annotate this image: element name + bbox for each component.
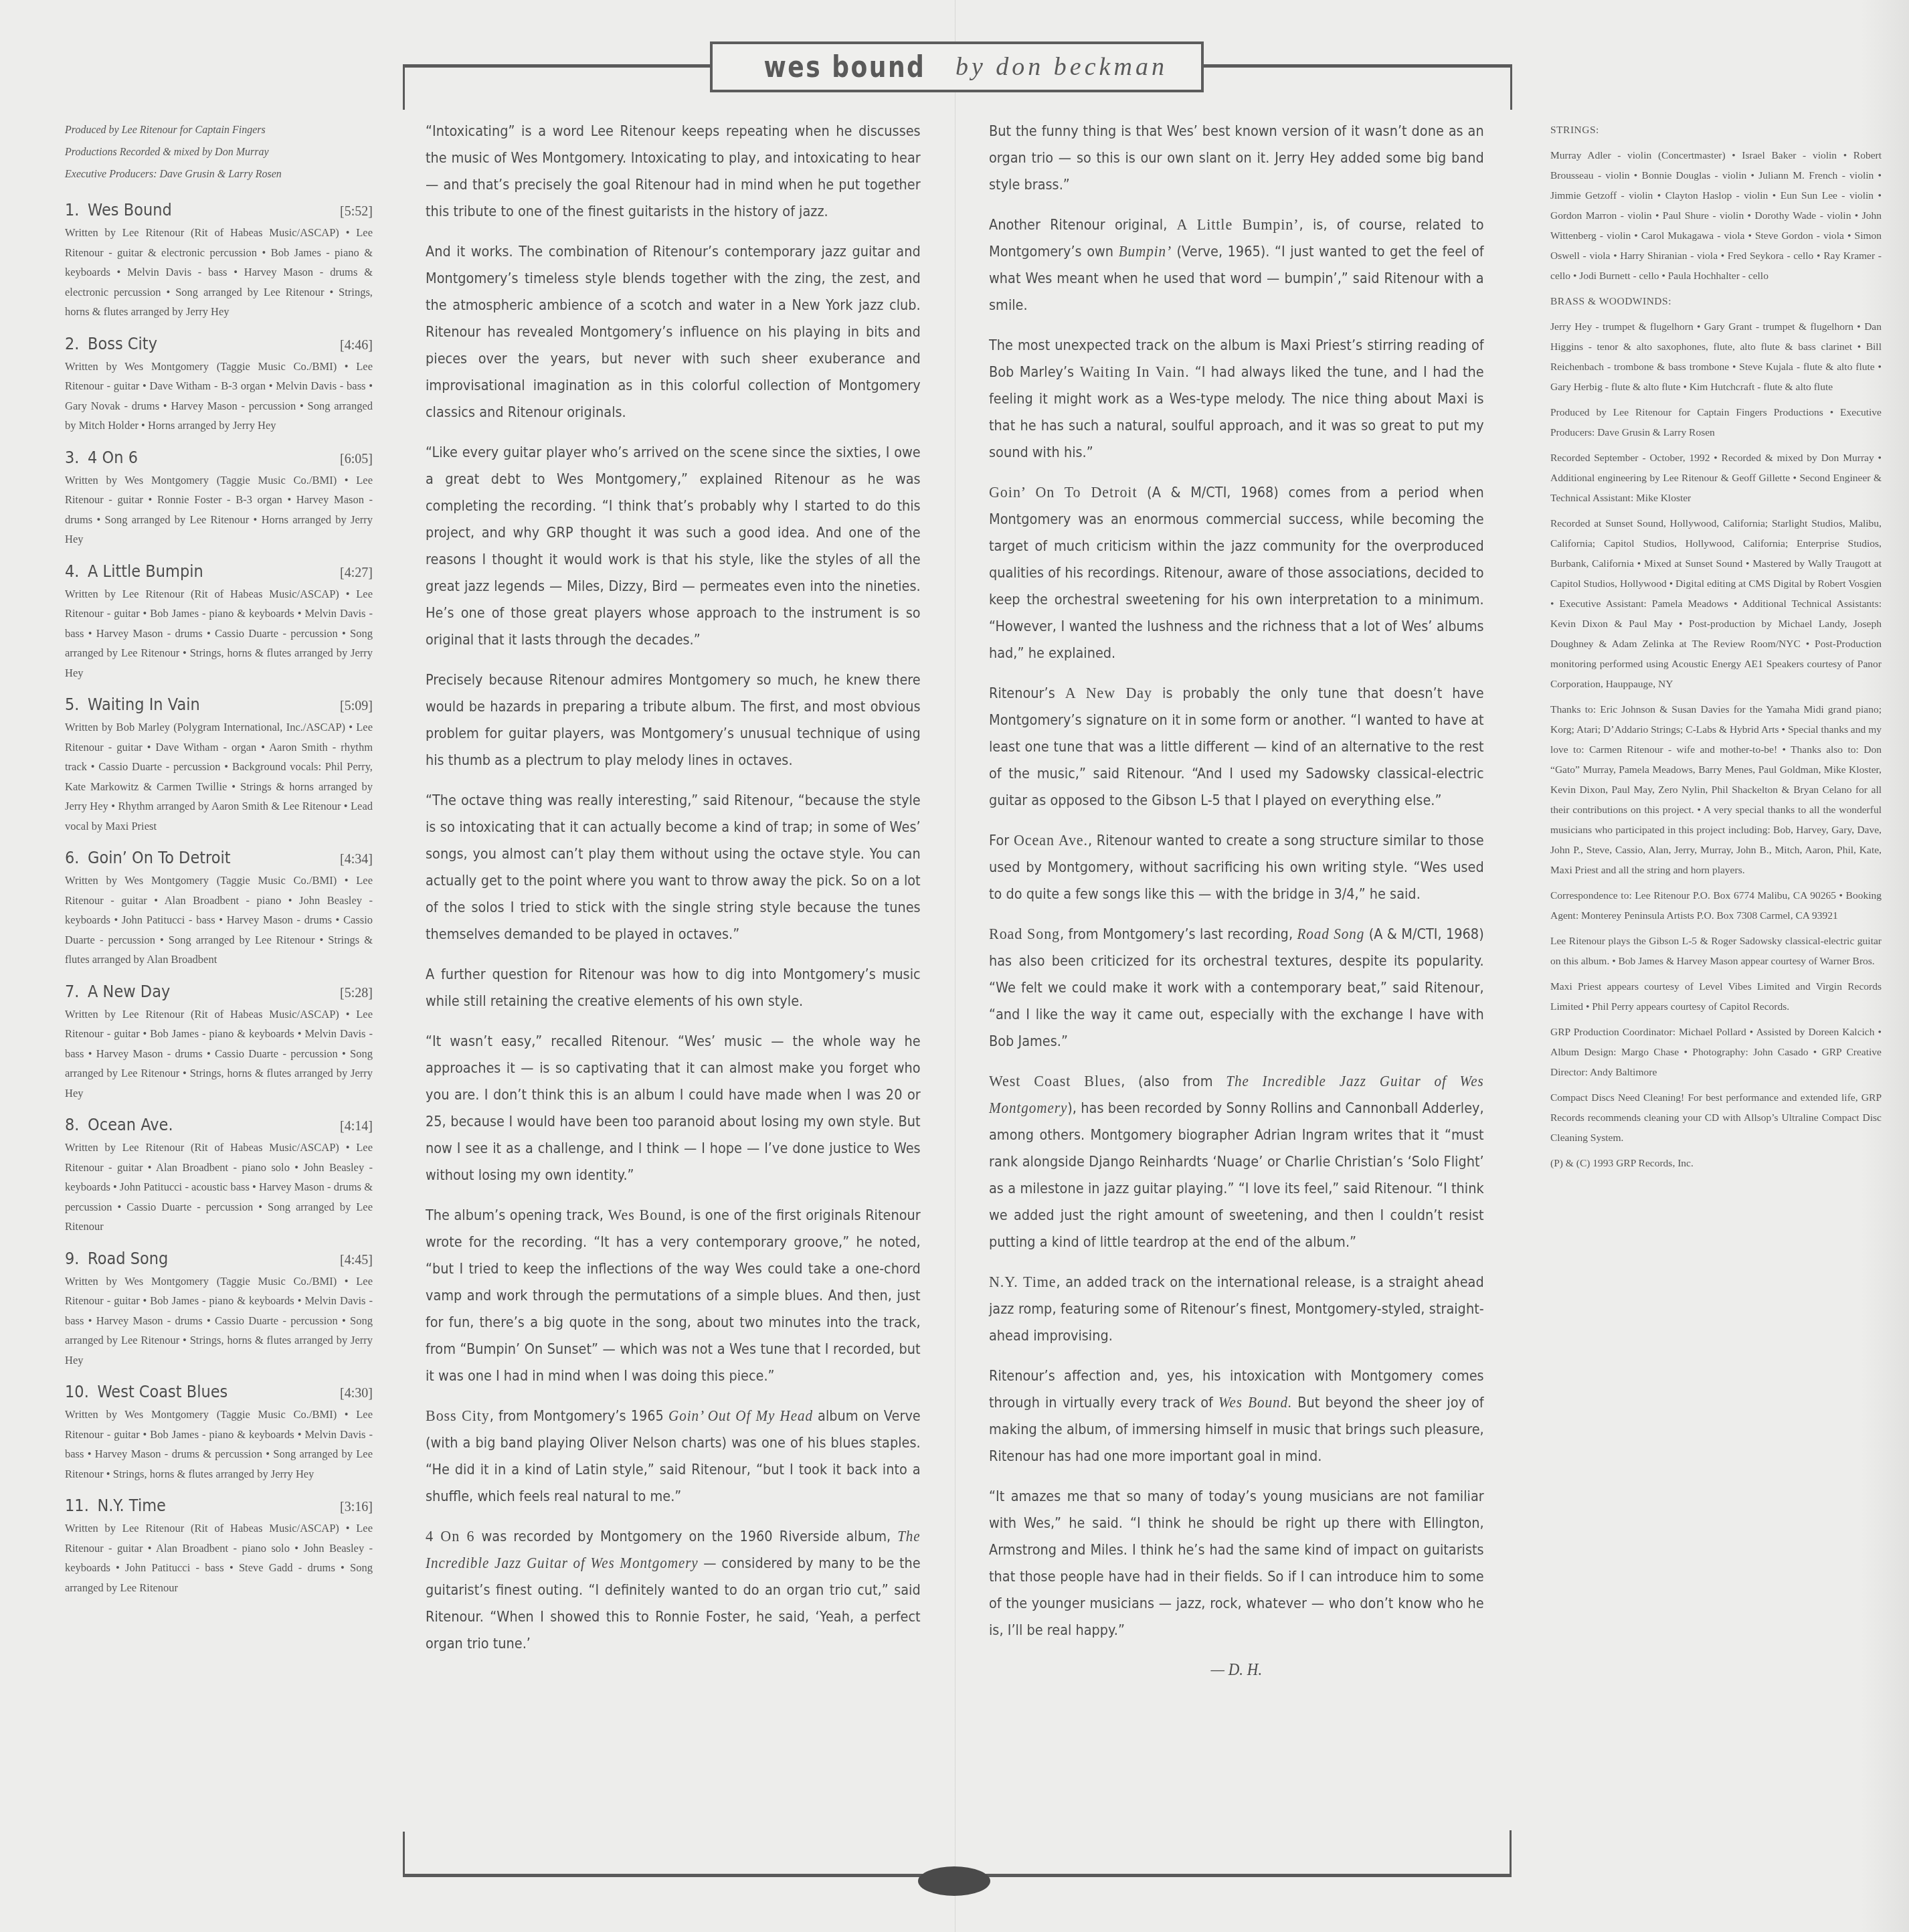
credits-paragraph: (P) & (C) 1993 GRP Records, Inc.	[1550, 1154, 1882, 1174]
track-number: 8.	[65, 1115, 79, 1134]
article-paragraph: West Coast Blues, (also from The Incredi…	[989, 1068, 1484, 1255]
track-title: 7.A New Day	[65, 982, 170, 1001]
credits-paragraph: Recorded at Sunset Sound, Hollywood, Cal…	[1550, 514, 1882, 695]
track-header: 2.Boss City[4:46]	[65, 334, 373, 357]
paragraph-text: , from Montgomery’s 1965	[490, 1408, 668, 1424]
song-title: N.Y. Time	[989, 1274, 1057, 1291]
paragraph-text: is probably the only tune that doesn’t h…	[989, 685, 1484, 808]
track-title: 8.Ocean Ave.	[65, 1115, 173, 1134]
track-item: 1.Wes Bound[5:52]Written by Lee Ritenour…	[65, 200, 373, 322]
paragraph-text: , an added track on the international re…	[989, 1274, 1484, 1344]
track-header: 1.Wes Bound[5:52]	[65, 200, 373, 223]
frame-top-right-leg	[1510, 64, 1512, 110]
track-item: 8.Ocean Ave.[4:14]Written by Lee Ritenou…	[65, 1115, 373, 1237]
track-item: 9.Road Song[4:45]Written by Wes Montgome…	[65, 1249, 373, 1371]
article-title: wes bound	[764, 50, 926, 84]
song-title: Boss City	[426, 1407, 490, 1425]
track-title-text: A Little Bumpin	[88, 561, 203, 581]
song-title: A New Day	[1065, 685, 1152, 702]
track-number: 9.	[65, 1249, 79, 1268]
song-title: Waiting In Vain	[1080, 363, 1185, 381]
track-credits: Written by Wes Montgomery (Taggie Music …	[65, 470, 373, 549]
producer-note-line: Produced by Lee Ritenour for Captain Fin…	[65, 119, 373, 141]
track-duration: [4:14]	[340, 1119, 373, 1134]
track-title: 3.4 On 6	[65, 448, 138, 467]
track-title-text: Goin’ On To Detroit	[88, 848, 231, 867]
paragraph-text: Precisely because Ritenour admires Montg…	[426, 672, 921, 768]
track-credits: Written by Wes Montgomery (Taggie Music …	[65, 1271, 373, 1371]
article-paragraph: Road Song, from Montgomery’s last record…	[989, 921, 1484, 1055]
track-duration: [5:09]	[340, 699, 373, 714]
track-header: 8.Ocean Ave.[4:14]	[65, 1115, 373, 1138]
track-item: 7.A New Day[5:28]Written by Lee Ritenour…	[65, 982, 373, 1104]
frame-top-left-leg	[403, 64, 405, 110]
article-paragraph: N.Y. Time, an added track on the interna…	[989, 1269, 1484, 1349]
frame-bottom-left-leg	[403, 1832, 405, 1876]
paragraph-text: (A & M/CTI, 1968) has also been criticiz…	[989, 926, 1484, 1049]
track-duration: [4:34]	[340, 852, 373, 867]
track-number: 7.	[65, 982, 79, 1001]
track-header: 10.West Coast Blues[4:30]	[65, 1382, 373, 1405]
article-paragraph: Goin’ On To Detroit (A & M/CTI, 1968) co…	[989, 479, 1484, 667]
song-title: A Little Bumpin’	[1177, 216, 1299, 234]
article-paragraph: The most unexpected track on the album i…	[989, 332, 1484, 466]
track-header: 3.4 On 6[6:05]	[65, 448, 373, 470]
album-title: Goin’ Out Of My Head	[668, 1407, 813, 1424]
track-duration: [5:52]	[340, 204, 373, 219]
credits-paragraph: Produced by Lee Ritenour for Captain Fin…	[1550, 403, 1882, 443]
credits-paragraph: Maxi Priest appears courtesy of Level Vi…	[1550, 977, 1882, 1017]
paragraph-text: Ritenour’s	[989, 685, 1065, 701]
paragraph-text: A further question for Ritenour was how …	[426, 966, 921, 1009]
track-duration: [6:05]	[340, 452, 373, 467]
frame-top-left-line	[403, 64, 711, 68]
author-signature: — D. H.	[989, 1657, 1484, 1684]
paragraph-text: “The octave thing was really interesting…	[426, 792, 921, 942]
paragraph-text: The album’s opening track,	[426, 1207, 608, 1223]
paragraph-text: was recorded by Montgomery on the 1960 R…	[474, 1528, 897, 1545]
article-paragraph: But the funny thing is that Wes’ best kn…	[989, 118, 1484, 198]
track-item: 2.Boss City[4:46]Written by Wes Montgome…	[65, 334, 373, 436]
track-item: 4.A Little Bumpin[4:27]Written by Lee Ri…	[65, 561, 373, 683]
article-paragraph: 4 On 6 was recorded by Montgomery on the…	[426, 1523, 921, 1657]
article-column-2: But the funny thing is that Wes’ best kn…	[989, 118, 1484, 1684]
article-paragraph: Boss City, from Montgomery’s 1965 Goin’ …	[426, 1403, 921, 1510]
track-number: 11.	[65, 1496, 89, 1515]
paragraph-text: But the funny thing is that Wes’ best kn…	[989, 123, 1484, 193]
track-number: 3.	[65, 448, 79, 467]
track-credits: Written by Lee Ritenour (Rit of Habeas M…	[65, 1518, 373, 1597]
frame-top-right-line	[1202, 64, 1512, 68]
track-number: 5.	[65, 695, 79, 714]
track-number: 6.	[65, 848, 79, 867]
track-title-text: A New Day	[88, 982, 170, 1001]
article-paragraph: And it works. The combination of Ritenou…	[426, 238, 921, 426]
track-title-text: 4 On 6	[88, 448, 138, 467]
track-number: 1.	[65, 200, 79, 219]
track-number: 4.	[65, 561, 79, 581]
article-paragraph: Another Ritenour original, A Little Bump…	[989, 211, 1484, 319]
article-paragraph: Ritenour’s affection and, yes, his intox…	[989, 1363, 1484, 1470]
track-item: 5.Waiting In Vain[5:09]Written by Bob Ma…	[65, 695, 373, 836]
paragraph-text: , is one of the first originals Ritenour…	[426, 1207, 921, 1384]
brass-credits: Jerry Hey - trumpet & flugelhorn • Gary …	[1550, 317, 1882, 398]
album-title: Bumpin’	[1119, 243, 1172, 260]
paragraph-text: “Like every guitar player who’s arrived …	[426, 444, 921, 648]
paragraph-text: , (also from	[1121, 1073, 1226, 1089]
track-title: 5.Waiting In Vain	[65, 695, 200, 714]
paragraph-text: ), has been recorded by Sonny Rollins an…	[989, 1100, 1484, 1250]
song-title: Goin’ On To Detroit	[989, 484, 1137, 501]
track-duration: [5:28]	[340, 986, 373, 1001]
track-item: 6.Goin’ On To Detroit[4:34]Written by We…	[65, 848, 373, 970]
paragraph-text: “Intoxicating” is a word Lee Ritenour ke…	[426, 123, 921, 219]
article-column-1: “Intoxicating” is a word Lee Ritenour ke…	[426, 118, 921, 1670]
track-title: 2.Boss City	[65, 334, 157, 353]
track-header: 4.A Little Bumpin[4:27]	[65, 561, 373, 584]
track-title-text: Waiting In Vain	[88, 695, 200, 714]
paragraph-text: For	[989, 832, 1014, 849]
track-item: 10.West Coast Blues[4:30]Written by Wes …	[65, 1382, 373, 1484]
album-title: Wes Bound.	[1218, 1394, 1292, 1411]
article-paragraph: “The octave thing was really interesting…	[426, 787, 921, 948]
track-credits: Written by Wes Montgomery (Taggie Music …	[65, 357, 373, 436]
page-fold-crease	[954, 0, 956, 1932]
track-list: Produced by Lee Ritenour for Captain Fin…	[65, 119, 373, 1609]
track-title-text: Road Song	[88, 1249, 168, 1268]
track-number: 2.	[65, 334, 79, 353]
producer-note-line: Executive Producers: Dave Grusin & Larry…	[65, 163, 373, 185]
album-title: Road Song	[1297, 926, 1364, 942]
track-credits: Written by Bob Marley (Polygram Internat…	[65, 717, 373, 836]
track-credits: Written by Lee Ritenour (Rit of Habeas M…	[65, 1004, 373, 1104]
track-title-text: Boss City	[88, 334, 157, 353]
article-paragraph: Precisely because Ritenour admires Montg…	[426, 667, 921, 774]
article-paragraph: “Intoxicating” is a word Lee Ritenour ke…	[426, 118, 921, 225]
paragraph-text: Another Ritenour original,	[989, 217, 1177, 233]
credits-paragraph: Correspondence to: Lee Ritenour P.O. Box…	[1550, 886, 1882, 926]
paragraph-text: “It wasn’t easy,” recalled Ritenour. “We…	[426, 1033, 921, 1183]
oval-ornament-icon	[918, 1866, 990, 1896]
track-header: 7.A New Day[5:28]	[65, 982, 373, 1004]
track-title-text: N.Y. Time	[97, 1496, 166, 1515]
track-item: 11.N.Y. Time[3:16]Written by Lee Ritenou…	[65, 1496, 373, 1597]
track-title: 11.N.Y. Time	[65, 1496, 166, 1515]
producer-note-line: Productions Recorded & mixed by Don Murr…	[65, 141, 373, 163]
track-duration: [3:16]	[340, 1500, 373, 1515]
track-title: 4.A Little Bumpin	[65, 561, 203, 581]
track-credits: Written by Lee Ritenour (Rit of Habeas M…	[65, 223, 373, 322]
track-credits: Written by Wes Montgomery (Taggie Music …	[65, 871, 373, 970]
article-paragraph: A further question for Ritenour was how …	[426, 961, 921, 1015]
article-paragraph: “It amazes me that so many of today’s yo…	[989, 1483, 1484, 1644]
track-header: 9.Road Song[4:45]	[65, 1249, 373, 1271]
strings-heading: STRINGS:	[1550, 120, 1882, 141]
track-duration: [4:45]	[340, 1253, 373, 1268]
track-title: 1.Wes Bound	[65, 200, 172, 219]
track-credits: Written by Lee Ritenour (Rit of Habeas M…	[65, 1138, 373, 1237]
paragraph-text: (A & M/CTI, 1968) comes from a period wh…	[989, 485, 1484, 661]
track-credits: Written by Lee Ritenour (Rit of Habeas M…	[65, 584, 373, 683]
strings-credits: Murray Adler - violin (Concertmaster) • …	[1550, 146, 1882, 286]
article-byline: by don beckman	[956, 52, 1168, 82]
article-paragraph: “Like every guitar player who’s arrived …	[426, 439, 921, 653]
paragraph-text: And it works. The combination of Ritenou…	[426, 244, 921, 420]
track-duration: [4:30]	[340, 1386, 373, 1401]
track-title-text: Wes Bound	[88, 200, 172, 219]
track-duration: [4:46]	[340, 338, 373, 353]
credits-paragraph: GRP Production Coordinator: Michael Poll…	[1550, 1023, 1882, 1083]
article-paragraph: Ritenour’s A New Day is probably the onl…	[989, 680, 1484, 814]
credits-paragraph: Thanks to: Eric Johnson & Susan Davies f…	[1550, 700, 1882, 881]
track-header: 5.Waiting In Vain[5:09]	[65, 695, 373, 717]
song-title: 4 On 6	[426, 1528, 474, 1545]
song-title: Wes Bound	[608, 1207, 682, 1224]
track-number: 10.	[65, 1382, 89, 1401]
credits-column: STRINGS: Murray Adler - violin (Concertm…	[1550, 120, 1882, 1179]
producer-note: Produced by Lee Ritenour for Captain Fin…	[65, 119, 373, 185]
track-header: 6.Goin’ On To Detroit[4:34]	[65, 848, 373, 871]
track-item: 3.4 On 6[6:05]Written by Wes Montgomery …	[65, 448, 373, 549]
title-box: wes bound by don beckman	[710, 41, 1204, 92]
track-header: 11.N.Y. Time[3:16]	[65, 1496, 373, 1518]
credits-paragraph: Compact Discs Need Cleaning! For best pe…	[1550, 1088, 1882, 1148]
article-paragraph: For Ocean Ave., Ritenour wanted to creat…	[989, 827, 1484, 907]
track-title-text: Ocean Ave.	[88, 1115, 173, 1134]
article-paragraph: The album’s opening track, Wes Bound, is…	[426, 1202, 921, 1389]
paragraph-text: “It amazes me that so many of today’s yo…	[989, 1488, 1484, 1638]
brass-heading: BRASS & WOODWINDS:	[1550, 292, 1882, 312]
credits-paragraph: Recorded September - October, 1992 • Rec…	[1550, 448, 1882, 509]
track-title: 6.Goin’ On To Detroit	[65, 848, 231, 867]
song-title: Ocean Ave.	[1014, 832, 1088, 849]
track-credits: Written by Wes Montgomery (Taggie Music …	[65, 1405, 373, 1484]
track-title: 9.Road Song	[65, 1249, 168, 1268]
paragraph-text: , from Montgomery’s last recording,	[1060, 926, 1297, 942]
song-title: West Coast Blues	[989, 1073, 1121, 1090]
track-duration: [4:27]	[340, 565, 373, 581]
article-paragraph: “It wasn’t easy,” recalled Ritenour. “We…	[426, 1028, 921, 1189]
frame-bottom-right-leg	[1510, 1830, 1512, 1876]
track-title-text: West Coast Blues	[97, 1382, 228, 1401]
track-title: 10.West Coast Blues	[65, 1382, 228, 1401]
credits-paragraph: Lee Ritenour plays the Gibson L-5 & Roge…	[1550, 932, 1882, 972]
song-title: Road Song	[989, 926, 1060, 943]
